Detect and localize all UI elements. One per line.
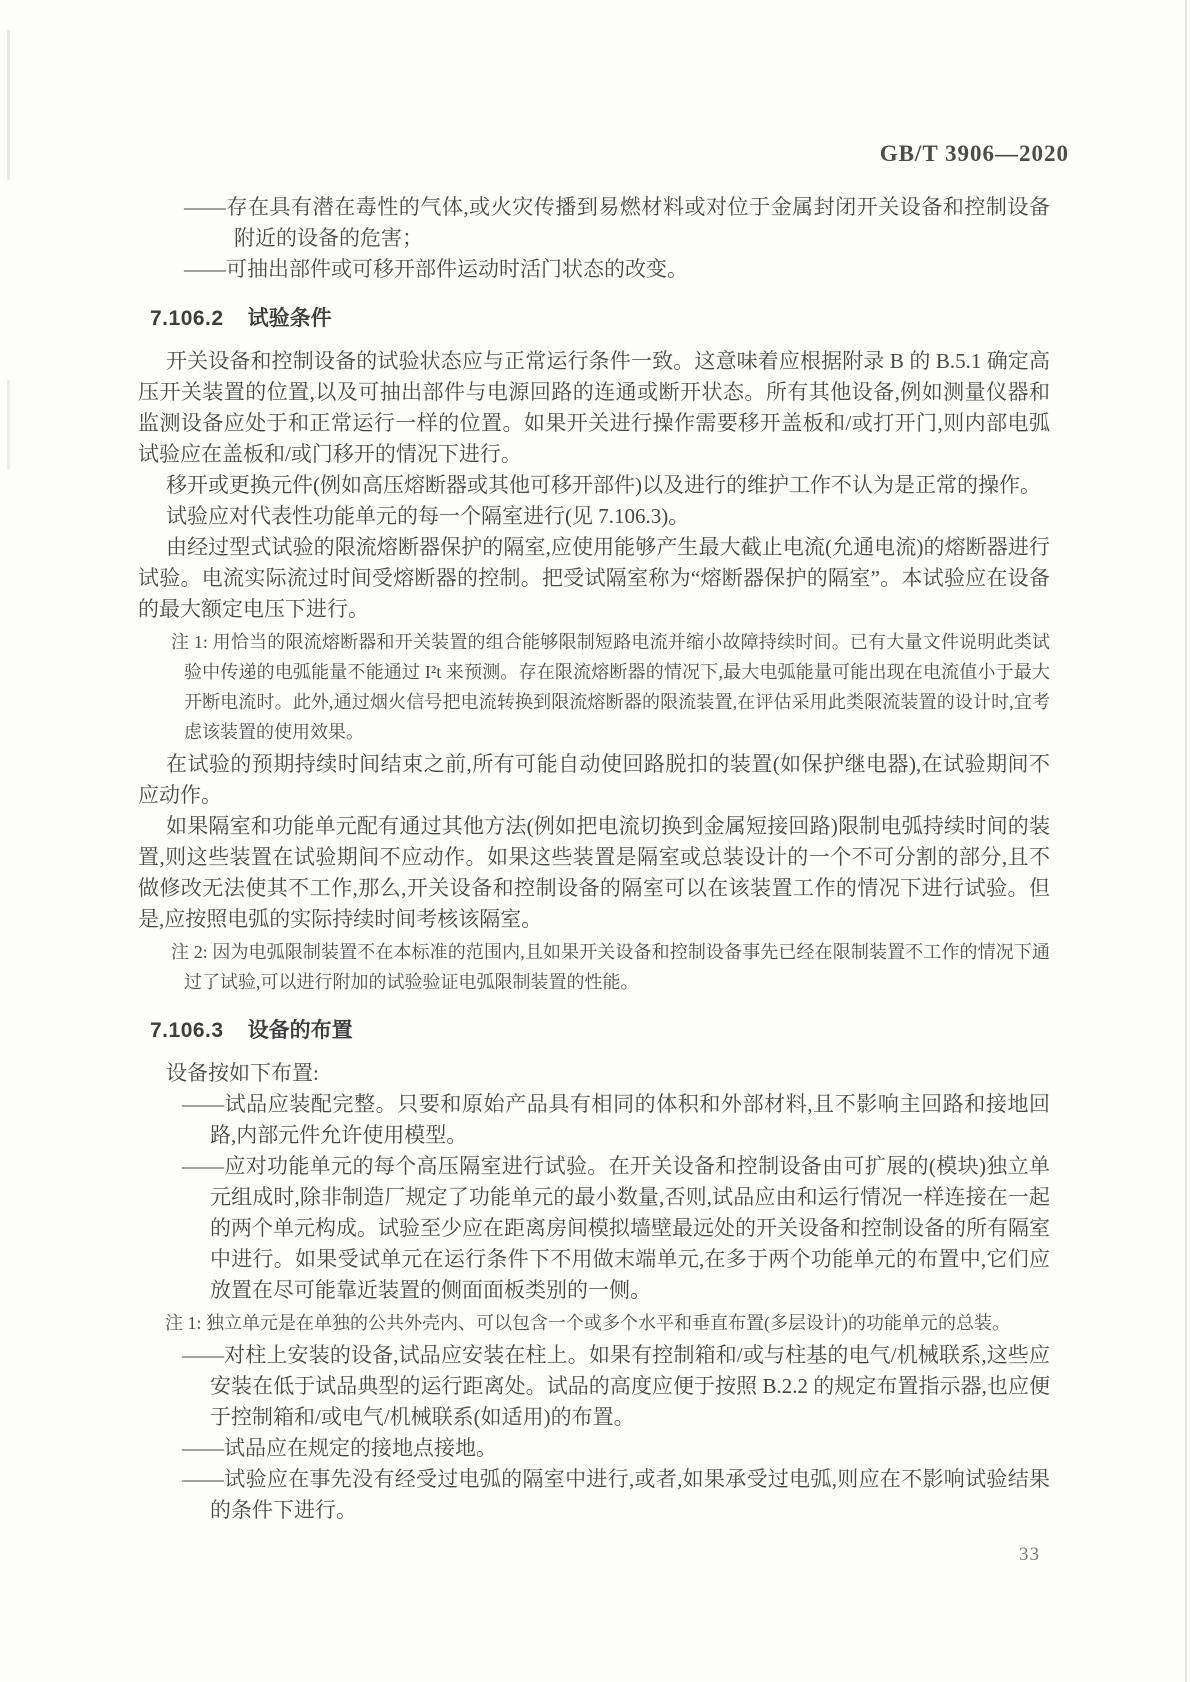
body-paragraph: 试验应对代表性功能单元的每一个隔室进行(见 7.106.3)。 — [138, 501, 1050, 532]
arrangement-list-item: ——试验应在事先没有经受过电弧的隔室中进行,或者,如果承受过电弧,则应在不影响试… — [138, 1464, 1050, 1526]
section-number: 7.106.2 — [150, 307, 224, 330]
scan-edge-right — [1185, 0, 1187, 1682]
scanned-document-page: GB/T 3906—2020 ——存在具有潜在毒性的气体,或火灾传播到易燃材料或… — [0, 0, 1190, 1682]
body-paragraph: 设备按如下布置: — [138, 1058, 1050, 1089]
section-number: 7.106.3 — [150, 1019, 224, 1042]
section-heading-test-conditions: 7.106.2试验条件 — [138, 303, 1050, 334]
section-title: 设备的布置 — [248, 1019, 353, 1042]
scan-edge-smudge — [7, 30, 10, 180]
intro-list-item: ——可抽出部件或可移开部件运动时活门状态的改变。 — [138, 254, 1050, 285]
arrangement-list-item: ——应对功能单元的每个高压隔室进行试验。在开关设备和控制设备由可扩展的(模块)独… — [138, 1151, 1050, 1306]
scan-edge-smudge — [7, 380, 10, 470]
section-heading-equipment-arrangement: 7.106.3设备的布置 — [138, 1015, 1050, 1046]
note-1: 注 1: 用恰当的限流熔断器和开关装置的组合能够限制短路电流并缩小故障持续时间。… — [138, 627, 1050, 747]
body-paragraph: 移开或更换元件(例如高压熔断器或其他可移开部件)以及进行的维护工作不认为是正常的… — [138, 470, 1050, 501]
body-paragraph: 如果隔室和功能单元配有通过其他方法(例如把电流切换到金属短接回路)限制电弧持续时… — [138, 811, 1050, 935]
note-2: 注 2: 因为电弧限制装置不在本标准的范围内,且如果开关设备和控制设备事先已经在… — [138, 937, 1050, 997]
arrangement-list-item: ——试品应在规定的接地点接地。 — [138, 1433, 1050, 1464]
arrangement-list-item: ——试品应装配完整。只要和原始产品具有相同的体积和外部材料,且不影响主回路和接地… — [138, 1089, 1050, 1151]
page-number: 33 — [1019, 1544, 1040, 1566]
body-paragraph: 由经过型式试验的限流熔断器保护的隔室,应使用能够产生最大截止电流(允通电流)的熔… — [138, 532, 1050, 625]
note-1-arrangement: 注 1: 独立单元是在单独的公共外壳内、可以包含一个或多个水平和垂直布置(多层设… — [138, 1308, 1050, 1338]
section-title: 试验条件 — [248, 307, 332, 330]
document-body: ——存在具有潜在毒性的气体,或火灾传播到易燃材料或对位于金属封闭开关设备和控制设… — [138, 192, 1050, 1526]
intro-list-item: ——存在具有潜在毒性的气体,或火灾传播到易燃材料或对位于金属封闭开关设备和控制设… — [138, 192, 1050, 254]
arrangement-list-item: ——对柱上安装的设备,试品应安装在柱上。如果有控制箱和/或与柱基的电气/机械联系… — [138, 1340, 1050, 1433]
body-paragraph: 在试验的预期持续时间结束之前,所有可能自动使回路脱扣的装置(如保护继电器),在试… — [138, 749, 1050, 811]
standard-code: GB/T 3906—2020 — [880, 141, 1069, 167]
body-paragraph: 开关设备和控制设备的试验状态应与正常运行条件一致。这意味着应根据附录 B 的 B… — [138, 346, 1050, 470]
